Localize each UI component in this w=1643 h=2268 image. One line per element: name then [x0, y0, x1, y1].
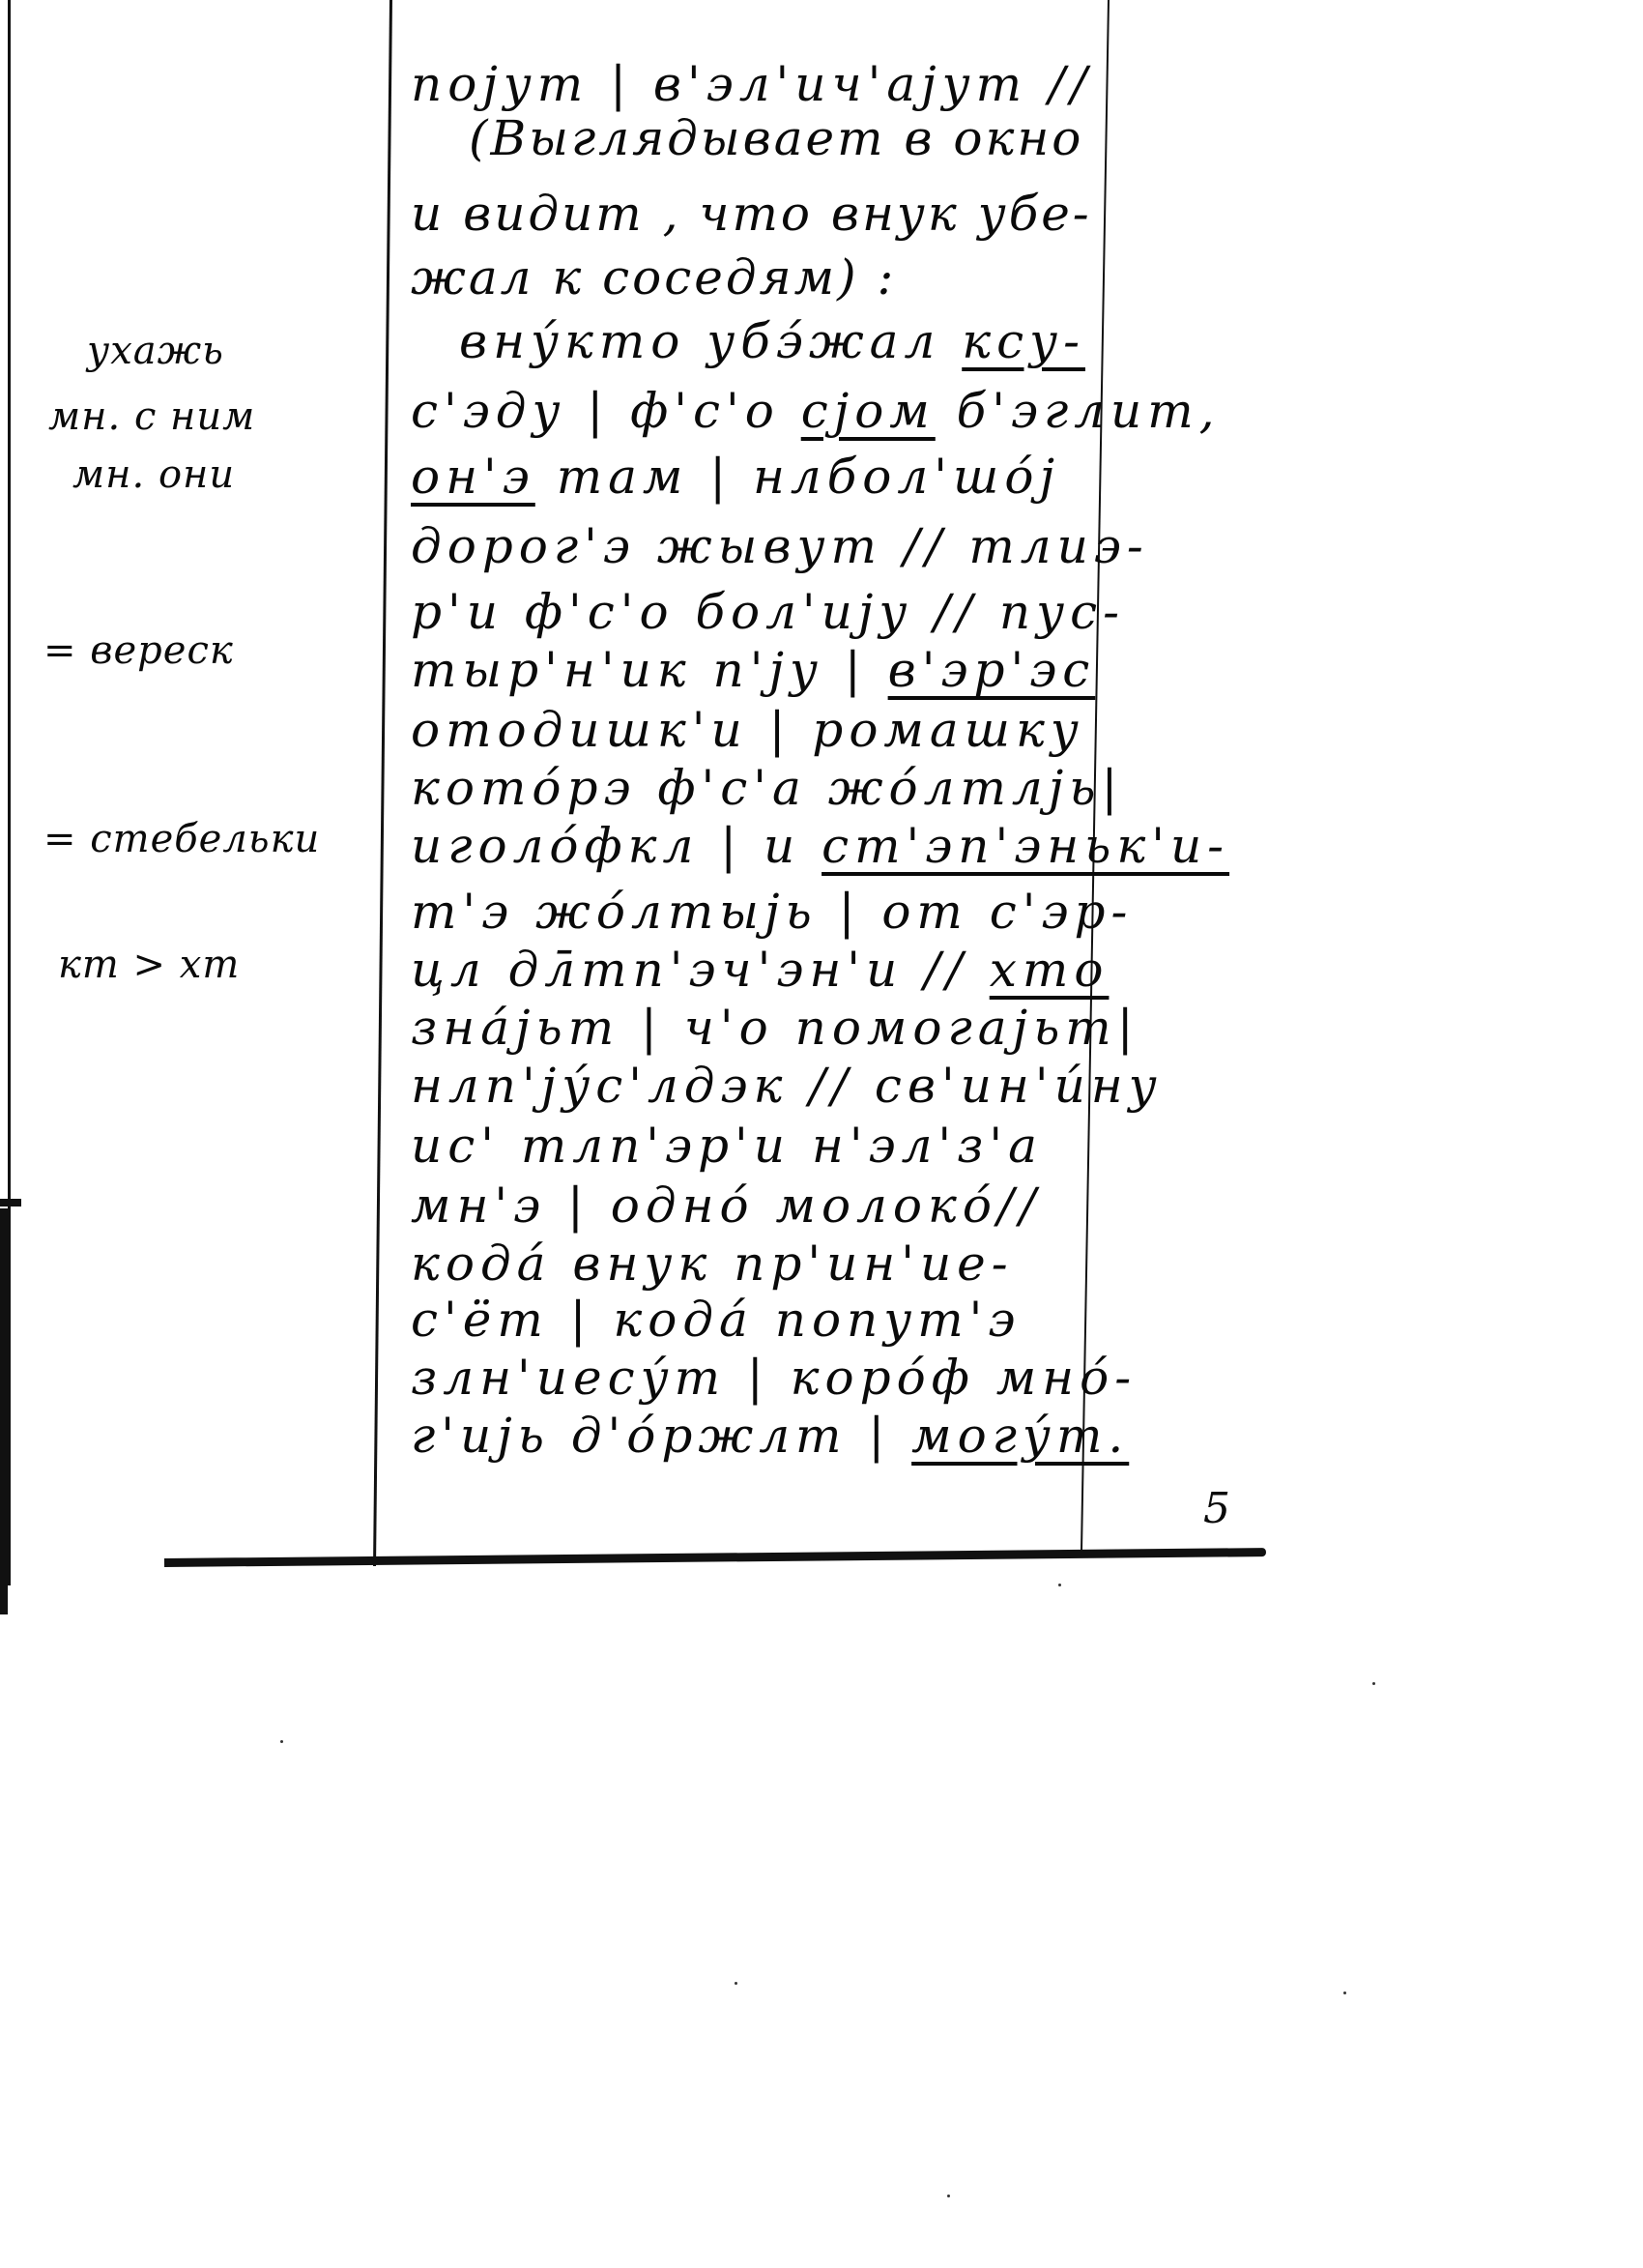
transcription-line: мн'э | одно́ молоко́//	[411, 1181, 1042, 1230]
bottom-rule	[164, 1548, 1266, 1567]
line-segment: вну́кто убэ́жал	[459, 313, 962, 369]
scan-speck	[1343, 1992, 1346, 1994]
line-segment: цл дл̄тп'эч'эн'и //	[411, 942, 990, 998]
underlined-word: сјом	[801, 383, 936, 439]
underlined-word: ст'эп'эньк'и-	[821, 818, 1229, 874]
line-segment: б'эглит,	[936, 383, 1221, 439]
transcription-line: цл дл̄тп'эч'эн'и // хто	[411, 945, 1109, 994]
line-segment: зна́јьт | ч'о помогајьт|	[411, 1000, 1139, 1056]
line-segment: и видит , что внук убе-	[411, 186, 1092, 242]
line-segment: иголо́фкл | и	[411, 818, 821, 874]
transcription-line: вну́кто убэ́жал кcу-	[459, 317, 1085, 365]
line-segment: там | нлбол'шо́j	[535, 449, 1060, 505]
transcription-line: кото́рэ ф'с'а жо́лтлјь|	[411, 764, 1123, 812]
margin-notes-column: ухажь мн. с ним мн. они = вереск = стебе…	[29, 0, 387, 1547]
margin-note: ухажь	[87, 329, 224, 373]
scan-speck	[735, 1982, 737, 1985]
transcription-column: појут | в'эл'ич'ајут //(Выглядывает в ок…	[401, 0, 1310, 1547]
transcription-line: тыр'н'ик п'ју | в'эр'эс	[411, 646, 1095, 694]
binding-edge-shadow	[0, 1208, 8, 1614]
transcription-line: злн'иесу́т | коро́ф мно́-	[411, 1353, 1137, 1402]
line-segment: кото́рэ ф'с'а жо́лтлјь|	[411, 760, 1123, 816]
line-segment: злн'иесу́т | коро́ф мно́-	[411, 1350, 1137, 1406]
transcription-line: отодишк'и | ромашку	[411, 706, 1084, 754]
line-segment: отодишк'и | ромашку	[411, 702, 1084, 758]
margin-note: кт > хт	[58, 943, 240, 987]
line-segment: р'и ф'с'о бол'ију // пус-	[411, 584, 1125, 640]
transcription-line: иголо́фкл | и ст'эп'эньк'и-	[411, 822, 1229, 870]
line-segment: (Выглядывает в окно	[469, 110, 1083, 166]
line-segment: тыр'н'ик п'ју |	[411, 642, 888, 698]
margin-note: = вереск	[43, 628, 234, 673]
underlined-word: в'эр'эс	[888, 642, 1096, 698]
scan-speck	[280, 1740, 283, 1743]
line-segment: нлп'ју́с'лдэк // св'ин'и́ну	[411, 1058, 1163, 1114]
line-segment: дорог'э жывут // тлиэ-	[411, 518, 1149, 574]
underlined-word: хто	[990, 942, 1110, 998]
line-segment: с'эду | ф'с'о	[411, 383, 801, 439]
margin-note: = стебельки	[43, 817, 320, 861]
transcription-line: жал к соседям) :	[411, 253, 896, 302]
transcription-line: дорог'э жывут // тлиэ-	[411, 522, 1149, 570]
line-segment: кода́ внук пр'ин'ие-	[411, 1236, 1014, 1292]
line-segment: мн'э | одно́ молоко́//	[411, 1178, 1042, 1234]
transcription-line: г'ијь д'о́ржлт | могу́т.	[411, 1411, 1129, 1460]
transcription-line: појут | в'эл'ич'ајут //	[411, 60, 1093, 108]
transcription-line: он'э там | нлбол'шо́j	[411, 452, 1060, 501]
line-segment: појут | в'эл'ич'ајут //	[411, 56, 1093, 112]
transcription-line: с'ёт | кода́ попут'э	[411, 1295, 1021, 1344]
line-segment: г'ијь д'о́ржлт |	[411, 1408, 911, 1464]
transcription-line: ис' тлп'эр'и н'эл'з'а	[411, 1121, 1043, 1170]
underlined-word: могу́т.	[911, 1408, 1129, 1464]
line-segment: с'ёт | кода́ попут'э	[411, 1292, 1021, 1348]
transcription-line: с'эду | ф'с'о сјом б'эглит,	[411, 387, 1221, 435]
margin-note: мн. они	[72, 452, 235, 497]
underlined-word: он'э	[411, 449, 535, 505]
line-segment: жал к соседям) :	[411, 249, 896, 305]
scan-speck	[947, 2195, 950, 2197]
transcription-line: кода́ внук пр'ин'ие-	[411, 1239, 1014, 1288]
transcription-line: т'э жо́лтыјь | от с'эр-	[411, 887, 1133, 936]
binding-edge-line	[8, 0, 11, 1585]
line-segment: ис' тлп'эр'и н'эл'з'а	[411, 1118, 1043, 1174]
margin-note: мн. с ним	[48, 394, 255, 439]
underlined-word: кcу-	[962, 313, 1085, 369]
transcription-line: нлп'ју́с'лдэк // св'ин'и́ну	[411, 1061, 1163, 1110]
line-segment: т'э жо́лтыјь | от с'эр-	[411, 884, 1133, 940]
transcription-line: (Выглядывает в окно	[469, 114, 1083, 162]
transcription-line: зна́јьт | ч'о помогајьт|	[411, 1003, 1139, 1052]
scanned-page: ухажь мн. с ним мн. они = вереск = стебе…	[0, 0, 1643, 2268]
transcription-line: р'и ф'с'о бол'ију // пус-	[411, 588, 1125, 636]
scan-speck	[1372, 1682, 1375, 1685]
page-number: 5	[1203, 1484, 1230, 1533]
scan-speck	[1058, 1584, 1061, 1586]
binding-edge-tick	[0, 1199, 21, 1207]
transcription-line: и видит , что внук убе-	[411, 189, 1092, 238]
